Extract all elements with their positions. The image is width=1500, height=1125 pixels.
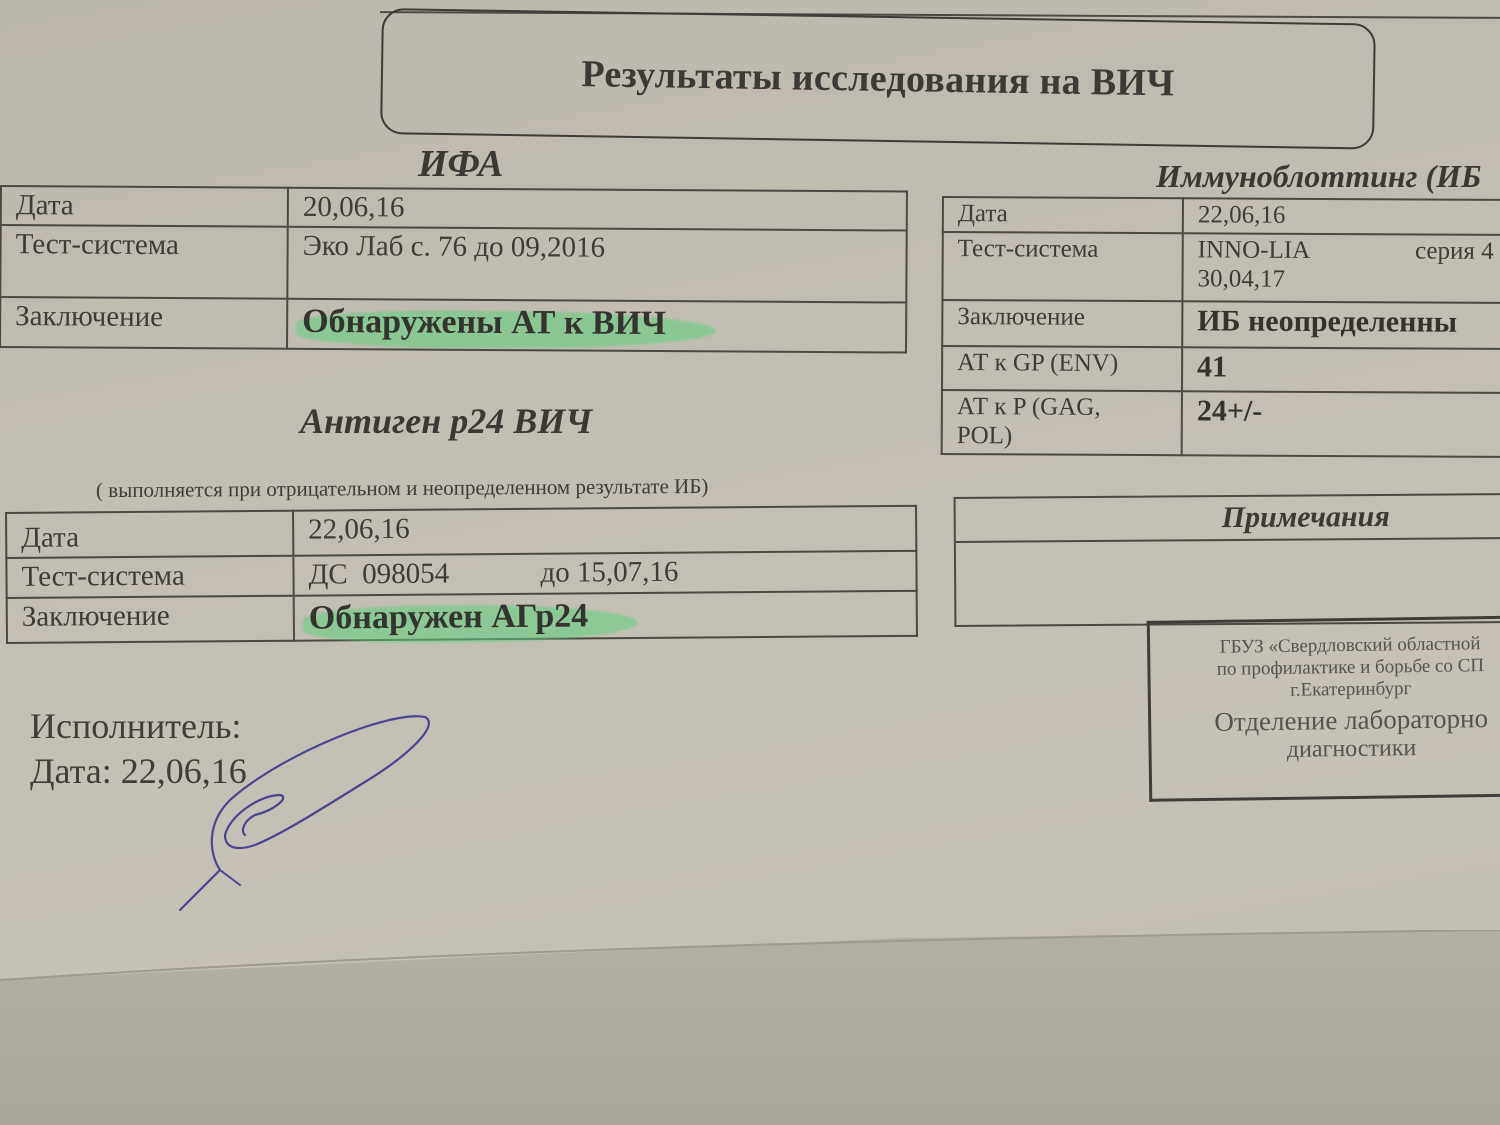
- p24-table: Дата 22,06,16 Тест-система ДС 098054 до …: [5, 505, 918, 645]
- p24-test-system-value: ДС 098054: [308, 558, 449, 591]
- ib-gag-pol-cell: 24+/-: [1182, 391, 1500, 457]
- ib-conclusion-cell: ИБ неопределенны: [1182, 301, 1500, 349]
- notes-box: Примечания: [954, 493, 1500, 627]
- p24-conclusion-label: Заключение: [7, 596, 294, 643]
- notes-header: Примечания: [956, 495, 1500, 543]
- page-title: Результаты исследования на ВИЧ: [581, 52, 1175, 105]
- table-row: Тест-система ДС 098054 до 15,07,16: [6, 551, 916, 598]
- highlighted-conclusion: Обнаружен АГр24: [309, 597, 589, 638]
- ib-env-label: АТ к GP (ENV): [942, 346, 1182, 391]
- table-row: Заключение Обнаружены АТ к ВИЧ: [0, 297, 906, 353]
- ifa-table: Дата 20,06,16 Тест-система Эко Лаб с. 76…: [0, 185, 908, 354]
- stamp-line-5: диагностики: [1151, 733, 1500, 766]
- stamp-line-3: г.Екатеринбург: [1151, 676, 1500, 704]
- title-box: Результаты исследования на ВИЧ: [380, 8, 1376, 150]
- stamp-line-2: по профилактике и борьбе со СП: [1150, 654, 1500, 682]
- table-row: Заключение Обнаружен АГр24: [7, 591, 917, 643]
- immunoblot-table: Дата 22,06,16 Тест-система INNO-LIA сери…: [941, 196, 1500, 458]
- p24-test-system-label: Тест-система: [6, 556, 293, 598]
- p24-note: ( выполняется при отрицательном и неопре…: [96, 474, 709, 503]
- ib-date-label: Дата: [943, 197, 1183, 233]
- ifa-heading: ИФА: [418, 142, 503, 186]
- p24-conclusion-value: Обнаружен АГр24: [309, 598, 589, 637]
- p24-test-system-expiry: до 15,07,16: [540, 556, 678, 589]
- ifa-conclusion-value: Обнаружены АТ к ВИЧ: [302, 303, 666, 342]
- ib-date-value: 22,06,16: [1183, 198, 1500, 235]
- ib-env-cell: 41: [1182, 347, 1500, 393]
- immunoblot-heading: Иммуноблоттинг (ИБ: [1156, 158, 1481, 195]
- ifa-date-label: Дата: [1, 186, 288, 227]
- signature-icon: [170, 705, 440, 915]
- ifa-date-value: 20,06,16: [288, 188, 907, 231]
- ib-test-system-cell: INNO-LIA серия 4 30,04,17: [1182, 233, 1500, 303]
- table-row: Заключение ИБ неопределенны: [942, 300, 1500, 349]
- ifa-conclusion-label: Заключение: [0, 297, 287, 349]
- p24-date-value: 22,06,16: [293, 506, 916, 556]
- ib-conclusion-value: ИБ неопределенны: [1197, 304, 1457, 338]
- stamp-line-4: Отделение лабораторно: [1151, 702, 1500, 739]
- table-row: Тест-система Эко Лаб с. 76 до 09,2016: [0, 225, 906, 303]
- highlighted-conclusion: Обнаружены АТ к ВИЧ: [302, 302, 666, 343]
- table-row: Дата 20,06,16: [1, 186, 907, 231]
- p24-test-system-cell: ДС 098054 до 15,07,16: [293, 551, 916, 596]
- table-row: Тест-система INNO-LIA серия 4 30,04,17: [942, 232, 1500, 303]
- ib-test-system-label: Тест-система: [942, 232, 1182, 301]
- table-row: АТ к P (GAG, POL) 24+/-: [942, 390, 1500, 457]
- ib-env-value: 41: [1197, 350, 1227, 383]
- institution-stamp: ГБУЗ «Свердловский областной по профилак…: [1147, 615, 1500, 802]
- ib-gag-pol-value: 24+/-: [1197, 394, 1263, 427]
- ib-test-system-value: INNO-LIA: [1198, 236, 1309, 264]
- ib-test-system-expiry: 30,04,17: [1198, 265, 1286, 292]
- table-row: Дата 22,06,16: [6, 506, 916, 558]
- notes-heading: Примечания: [1222, 500, 1390, 535]
- p24-date-label: Дата: [6, 511, 293, 559]
- p24-heading: Антиген р24 ВИЧ: [300, 400, 592, 442]
- ib-gag-pol-label: АТ к P (GAG, POL): [942, 390, 1182, 455]
- ib-conclusion-label: Заключение: [942, 300, 1182, 347]
- table-row: Дата 22,06,16: [943, 197, 1500, 235]
- p24-conclusion-cell: Обнаружен АГр24: [294, 591, 917, 641]
- table-row: АТ к GP (ENV) 41: [942, 346, 1500, 393]
- ifa-conclusion-cell: Обнаружены АТ к ВИЧ: [287, 299, 906, 353]
- ifa-test-system-label: Тест-система: [0, 225, 287, 299]
- ifa-test-system-value: Эко Лаб с. 76 до 09,2016: [287, 227, 906, 303]
- ib-test-system-series: серия 4: [1415, 237, 1494, 264]
